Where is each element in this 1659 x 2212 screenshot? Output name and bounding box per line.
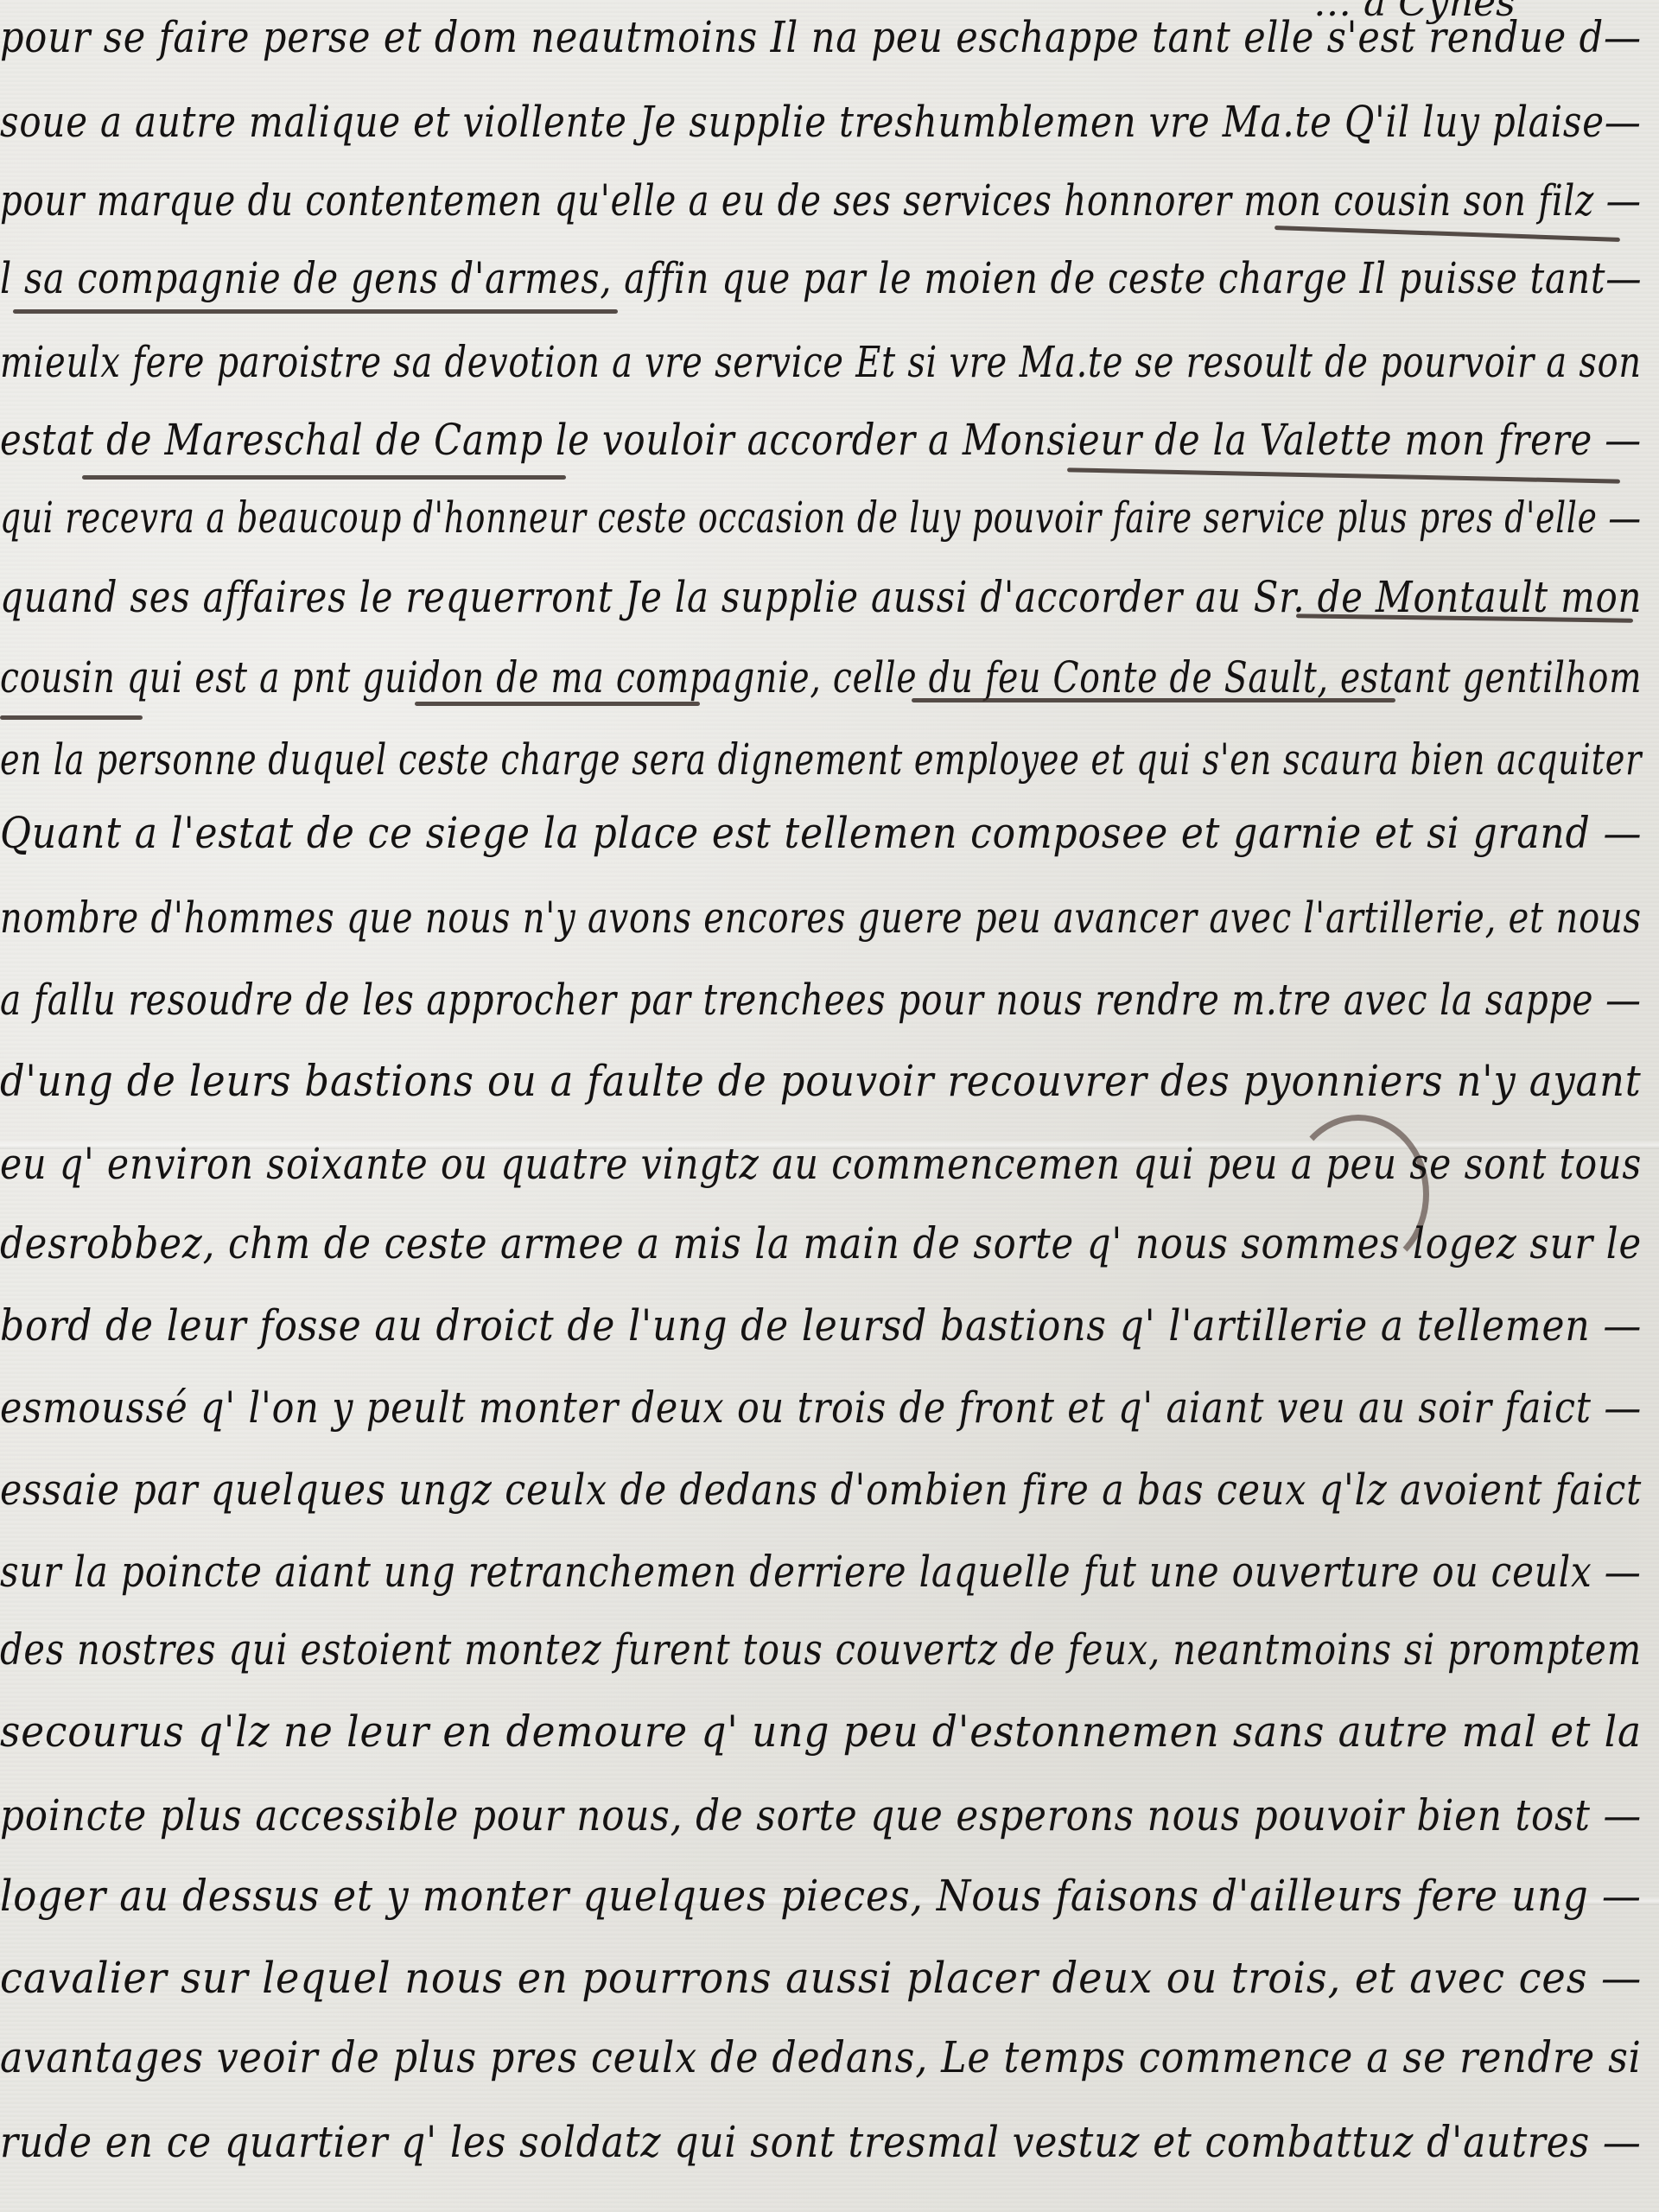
underline	[1067, 467, 1620, 483]
manuscript-line: secourus q'lz ne leur en demoure q' ung …	[0, 1707, 1642, 1757]
underline	[82, 475, 566, 480]
manuscript-line: qui recevra a beaucoup d'honneur ceste o…	[0, 493, 1642, 543]
manuscript-line: nombre d'hommes que nous n'y avons encor…	[0, 893, 1642, 943]
manuscript-line: l sa compagnie de gens d'armes, affin qu…	[0, 253, 1642, 303]
manuscript-line: Quant a l'estat de ce siege la place est…	[0, 808, 1642, 858]
underline	[0, 715, 143, 720]
underline	[415, 702, 700, 706]
manuscript-line: des nostres qui estoient montez furent t…	[0, 1624, 1642, 1675]
manuscript-line: a fallu resoudre de les approcher par tr…	[0, 975, 1642, 1025]
manuscript-line: eu q' environ soixante ou quatre vingtz …	[0, 1139, 1642, 1189]
manuscript-line: pour marque du contentemen qu'elle a eu …	[0, 175, 1642, 226]
manuscript-line: d'ung de leurs bastions ou a faulte de p…	[0, 1056, 1642, 1106]
manuscript-line: avantages veoir de plus pres ceulx de de…	[0, 2032, 1642, 2082]
manuscript-page: … a Cynes pour se faire perse et dom nea…	[0, 0, 1659, 2212]
manuscript-line: esmoussé q' l'on y peult monter deux ou …	[0, 1382, 1642, 1433]
manuscript-line: soue a autre malique et viollente Je sup…	[0, 97, 1642, 147]
manuscript-line: essaie par quelques ungz ceulx de dedans…	[0, 1465, 1642, 1515]
manuscript-line: loger au dessus et y monter quelques pie…	[0, 1871, 1642, 1921]
underline	[1274, 226, 1620, 242]
manuscript-line: rude en ce quartier q' les soldatz qui s…	[0, 2117, 1642, 2167]
underline	[13, 309, 618, 314]
manuscript-line: cousin qui est a pnt guidon de ma compag…	[0, 652, 1642, 702]
manuscript-line: desrobbez, chm de ceste armee a mis la m…	[0, 1218, 1642, 1268]
manuscript-line: poincte plus accessible pour nous, de so…	[0, 1790, 1642, 1840]
manuscript-line: en la personne duquel ceste charge sera …	[0, 734, 1642, 785]
underline	[912, 698, 1395, 702]
manuscript-line: bord de leur fosse au droict de l'ung de…	[0, 1300, 1642, 1351]
manuscript-line: pour se faire perse et dom neautmoins Il…	[0, 12, 1642, 62]
manuscript-line: cavalier sur lequel nous en pourrons aus…	[0, 1953, 1642, 2003]
manuscript-line: estat de Mareschal de Camp le vouloir ac…	[0, 415, 1642, 465]
manuscript-line: sur la poincte aiant ung retranchemen de…	[0, 1547, 1642, 1597]
manuscript-line: mieulx fere paroistre sa devotion a vre …	[0, 337, 1642, 387]
